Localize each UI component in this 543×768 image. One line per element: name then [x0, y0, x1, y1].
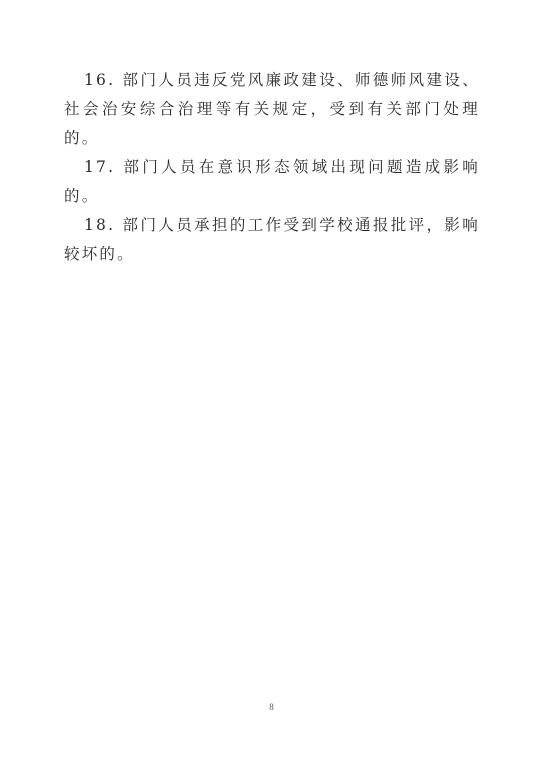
clause-18: 18. 部门人员承担的工作受到学校通报批评，影响较坏的。	[64, 211, 480, 269]
clause-16: 16. 部门人员违反党风廉政建设、师德师风建设、社会治安综合治理等有关规定，受到…	[64, 66, 480, 153]
document-page: 16. 部门人员违反党风廉政建设、师德师风建设、社会治安综合治理等有关规定，受到…	[0, 0, 543, 768]
page-number: 8	[0, 702, 543, 712]
document-body: 16. 部门人员违反党风廉政建设、师德师风建设、社会治安综合治理等有关规定，受到…	[64, 66, 480, 269]
clause-17: 17. 部门人员在意识形态领域出现问题造成影响的。	[64, 153, 480, 211]
